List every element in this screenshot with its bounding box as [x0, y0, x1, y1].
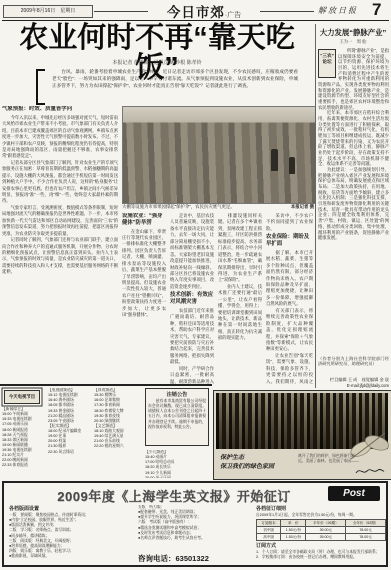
notice-title: 注销公告: [148, 391, 206, 398]
cancellation-notice: 注销公告 兹有本市某商贸有限公司经股东会决议解散，现已成立清算组。请债权人自本公…: [145, 388, 209, 446]
ad-middle-body: 五版 听力版： ●配套磁带、光盘，纯正美语朗读； ●提升学生听说能力，巩固课堂所…: [138, 505, 250, 541]
section-title: 今日市郊: [167, 5, 225, 20]
article-column-4: 采访中，不少农户不约而同提到了农业保险。 农业保险：期盼及早扩面 据了解，本市已…: [266, 213, 313, 384]
ad-title: 2009年度《上海学生英文报》开始征订: [24, 486, 324, 505]
article-column-3: 排灌设施同样关键。记者在多个乡镇看到，泵闸改建工程正抓紧施工，圩区防洪排涝标准稳…: [218, 213, 262, 384]
sidebar-credits: 栏目编辑 王 成 视觉编辑 金 晟 E-mail:jfjd@jfdaily.co…: [318, 377, 389, 389]
badge-line-2: 论坛: [319, 59, 335, 65]
ad-right-column: 各档征订细则 自2009年1月1日起，全年零售定价为1.50元/份，每周一期。 …: [256, 505, 386, 560]
tv-listings-title: 今天电视节目: [4, 390, 40, 404]
psa-caption-line2: 保卫我们的绿色家园: [220, 461, 274, 470]
editor-email: E-mail:jfjd@jfdaily.com: [318, 383, 389, 389]
ad-left-body: 一版 要闻版：聚焦校园热点，传递时事资讯； ●内容“立足校园，放眼世界，贴近生活…: [9, 513, 132, 559]
photo-caption-row: 大棚等设施为市郊果园撑起“保护伞”，农民抗灾底气更足。 本报记者 摄: [122, 204, 314, 210]
page-number: 7: [372, 0, 381, 20]
ad-left-column: 各档版面设置 一版 要闻版：聚焦校园热点，传递时事资讯； ●内容“立足校园，放眼…: [9, 505, 132, 565]
ad-right-heading: 各档征订细则: [256, 505, 386, 512]
main-byline: 本报记者 黄勇娣 通讯员 顾妙根 陈孝铃: [0, 59, 314, 66]
body-insurance: 据了解，本市已开展水稻、蔬菜、生猪等多个险种试点，但覆盖面仍然有限，部分经济作物…: [266, 250, 313, 384]
psa-ad: 保护生态 保卫我们的绿色家园 离开了我们的呵护，绿色将渐行渐远，美丽了森林，也美…: [213, 390, 391, 480]
article-column-2: 走访中，基层农技人员普遍反映，设施装备水平直接决定抗灾能力。去年一场大风，让部分…: [170, 213, 214, 384]
newspaper-page: 2009年8月16日 星期日 今日市郊·广告 解放日报 7 农业何时不再“靠天吃…: [0, 0, 391, 570]
article-column-1: 设施农业：“强身健体”防旱涝 在金山廊下、奉贤庄行等现代农业园区，一排排标准化大…: [122, 213, 166, 384]
photo-credit: 本报记者 摄: [291, 204, 314, 210]
th-version: 订阅版本: [257, 520, 281, 527]
subhead-facility: 设施农业：“强身健体”防旱涝: [122, 213, 166, 227]
notice-body: 兹有本市某商贸有限公司经股东会决议解散，现已成立清算组。请债权人自本公告刊登之日…: [148, 399, 206, 430]
tv-column-2: 【电视剧频道】 15:12 电视连续剧 16:40 海外剧场 18:05 都市剧…: [48, 388, 91, 478]
ad-sub-heading: 订阅方式: [256, 542, 386, 549]
article-column-left: 气象预报：时效、质量皆学问 今年入汛以来，申城先后经历多场强对流天气，短时雷雨大…: [2, 106, 118, 384]
header-date: 2009年8月16日 星期日: [3, 5, 93, 18]
photo-caption: 大棚等设施为市郊果园撑起“保护伞”，农民抗灾底气更足。: [122, 204, 287, 210]
cell-jr-full: 78.00元: [346, 527, 386, 534]
person-silhouette: [271, 149, 278, 171]
article-bottom-divider: [0, 384, 212, 386]
ad-middle-column: 五版 听力版： ●配套磁带、光盘，纯正美语朗读； ●提升学生听说能力，巩固课堂所…: [138, 505, 250, 551]
subhead-weather: 气象预报：时效、质量皆学问: [2, 106, 118, 113]
tv-column-1: 【新闻综合】 15:00 午间新闻 15:33 电视连续剧 17:05 动画乐园…: [2, 407, 44, 478]
cell-sr-version: 高中版: [257, 534, 281, 541]
sidebar-title: 大力发展“静脉产业”: [317, 27, 389, 38]
section-tag: ·广告: [225, 12, 241, 19]
ad-left-heading: 各档版面设置: [9, 505, 132, 512]
th-half-year: 半年价（26期）: [306, 520, 346, 527]
ad-phone: 咨询电话：63501322: [138, 553, 250, 564]
subscription-ad: 2009年度《上海学生英文报》开始征订 Post 各档版面设置 一版 要闻版：聚…: [2, 481, 388, 567]
ad-right-note: 自2009年1月1日起，全年零售定价为1.50元/份，每周一期。: [256, 513, 386, 518]
body-technology: 农技部门近年来推广避雨栽培、耐涝品种、秸秆还田等适用技术，帮助农户科学应对灾害天…: [170, 308, 214, 384]
post-logo: Post: [328, 486, 380, 501]
cell-jr-half: 39.00元: [306, 527, 346, 534]
cell-sr-price: 1.50元/份: [281, 534, 306, 541]
cell-sr-half: 39.00元: [306, 534, 346, 541]
sidebar-divider: [315, 24, 316, 388]
psa-caption-line1: 保护生态: [220, 452, 244, 461]
tv-column-4: 【少儿频道】 15:40 动画片 17:00 哈哈总动员 18:20 成长快乐 …: [145, 450, 209, 478]
subhead-technology: 技术创新：有效应对风潮灾害: [170, 292, 214, 306]
tv-column-3: 【体育频道】 15:30 棋牌乐 16:00 足球集锦 17:30 体育新闻 1…: [94, 388, 139, 478]
intro-bracket: [36, 69, 45, 105]
th-unit-price: 单 价: [281, 520, 306, 527]
table-row: 高中版 1.50元/份 39.00元 78.00元: [257, 534, 386, 541]
sannong-forum-badge: “三农” 论坛: [318, 49, 336, 78]
body-facility-2: 走访中，基层农技人员普遍反映，设施装备水平直接决定抗灾能力。去年一场大风，让部分…: [170, 213, 214, 290]
cell-jr-price: 1.50元/份: [281, 527, 306, 534]
body-insurance-lead: 采访中，不少农户不约而同提到了农业保险。: [266, 213, 313, 232]
sidebar-endnote: （作者分别为上海社会科学院部门经济研究所研究员、助理研究员）: [318, 356, 389, 367]
sidebar-body-wrap: “三农” 论坛 所谓“静脉产业”，是指以保障环境安全为前提，以节约资源、保护环境…: [318, 48, 389, 354]
header-divider: [2, 20, 389, 21]
intro-text: 台风、暴雨，轮番考验着申城农业生产的“神经”。近日记者走访市郊多个区县发现，不少…: [52, 68, 298, 104]
cell-sr-full: 78.00元: [346, 534, 386, 541]
header-rule-left: [94, 11, 148, 12]
subhead-insurance: 农业保险：期盼及早扩面: [266, 234, 313, 248]
psa-caption-note: 离开了我们的呵护，绿色将渐行渐远，美丽了森林，也美丽了家园——: [298, 454, 360, 464]
table-header-row: 订阅版本 单 价 半年价（26期） 全年价（52期）: [257, 520, 386, 527]
header-rule-right: [260, 11, 314, 12]
body-weather: 今年入汛以来，申城先后经历多场强对流天气，短时雷雨大风给市郊农业生产带来不小考验…: [2, 115, 118, 276]
price-table: 订阅版本 单 价 半年价（26期） 全年价（52期） 初中版 1.50元/份 3…: [256, 519, 386, 541]
body-pumps: 排灌设施同样关键。记者在多个乡镇看到，泵闸改建工程正抓紧施工，圩区防洪排涝标准稳…: [218, 213, 262, 342]
body-facility: 在金山廊下、奉贤庄行等现代农业园区，一排排标准化大棚整齐排列。园区负责人告诉记者…: [122, 229, 166, 319]
section-header: 今日市郊·广告: [150, 1, 258, 22]
cell-jr-version: 初中版: [257, 527, 281, 534]
person-silhouette: [289, 157, 295, 174]
masthead: 解放日报: [318, 5, 358, 16]
ad-sub-body: 1．个人订阅：请至全市各邮政支局（所）办理，也可与本报发行部联系； 2．学校集体…: [256, 550, 386, 560]
table-row: 初中版 1.50元/份 39.00元 78.00元: [257, 527, 386, 534]
sidebar-byline: 王为一 周 仙: [317, 39, 389, 45]
signature-scribble: [355, 466, 385, 476]
main-photo: [122, 106, 316, 204]
th-full-year: 全年价（52期）: [346, 520, 386, 527]
